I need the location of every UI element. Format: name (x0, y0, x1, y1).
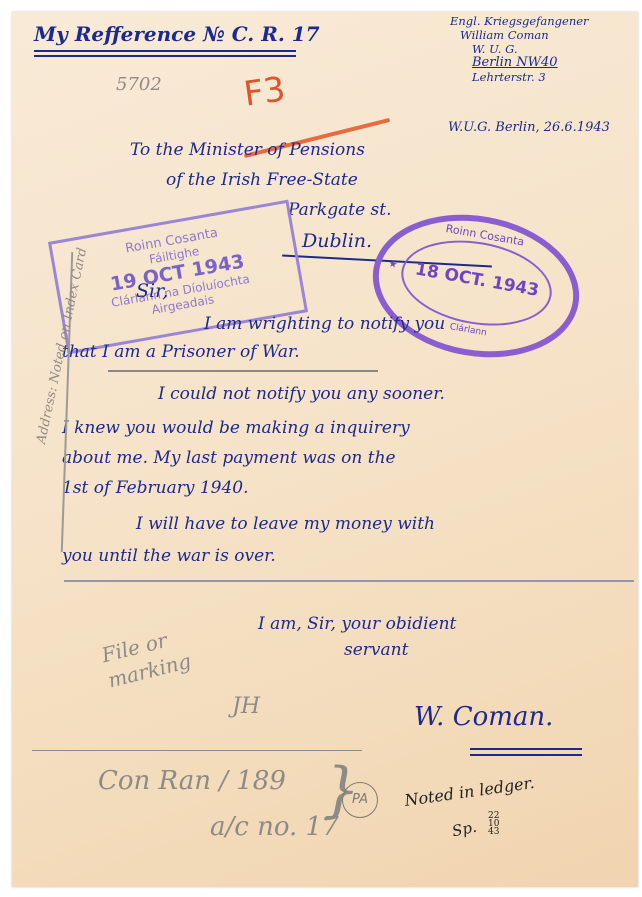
signature-underline (470, 754, 582, 756)
body-line: I knew you would be making a inquirery (62, 418, 410, 438)
received-stamp-oval: Roinn Cosanta ★ 18 OCT. 1943 Clárlann (361, 199, 590, 373)
signature-underline (470, 748, 582, 750)
sender-unit: W. U. G. (450, 42, 589, 56)
file-note-initials: JH (232, 694, 260, 719)
file-marking-note: File or marking (99, 623, 194, 694)
circled-pa-mark: PA (342, 782, 378, 818)
ledger-date-part: 43 (488, 828, 499, 836)
archive-number: 5702 (116, 74, 162, 95)
body-line: I am wrighting to notify you (204, 314, 445, 334)
recipient-line: Parkgate st. (288, 200, 392, 220)
signature: W. Coman. (414, 702, 553, 732)
ledger-note: Noted in ledger. (403, 773, 535, 810)
sender-address-block: Engl. Kriegsgefangener William Coman W. … (450, 14, 589, 84)
letter-page: My Refference № C. R. 17 Engl. Kriegsgef… (12, 12, 638, 887)
reference-number: My Refference № C. R. 17 (34, 22, 320, 46)
reference-underline (34, 55, 296, 57)
recipient-line: of the Irish Free-State (166, 170, 358, 190)
sender-name: William Coman (450, 28, 589, 42)
letter-date: W.U.G. Berlin, 26.6.1943 (448, 120, 610, 135)
body-line: about me. My last payment was on the (62, 448, 396, 468)
body-line: I will have to leave my money with (136, 514, 435, 534)
sender-city: Berlin NW40 (450, 56, 589, 70)
pencil-underline (108, 370, 378, 372)
registry-number: Con Ran / 189 (98, 766, 286, 796)
salutation: Sir, (136, 280, 168, 302)
sender-street: Lehrterstr. 3 (450, 70, 589, 84)
body-line: 1st of February 1940. (62, 478, 249, 498)
reference-underline (34, 50, 296, 52)
file-code-mark: F3 (241, 69, 287, 114)
ledger-date: 22 10 43 (488, 812, 499, 836)
closing-line: I am, Sir, your obidient (258, 614, 456, 634)
recipient-city: Dublin. (302, 230, 372, 252)
body-line: that I am a Prisoner of War. (62, 342, 300, 362)
sender-status: Engl. Kriegsgefangener (450, 14, 589, 28)
pencil-divider (64, 580, 634, 582)
ledger-initials: Sp. (450, 818, 478, 841)
recipient-line: To the Minister of Pensions (130, 140, 365, 160)
closing-line: servant (344, 640, 408, 660)
body-line: you until the war is over. (62, 546, 276, 566)
pencil-divider (32, 750, 362, 751)
account-number: a/c no. 17 (210, 812, 339, 842)
body-line: I could not notify you any sooner. (158, 384, 445, 404)
